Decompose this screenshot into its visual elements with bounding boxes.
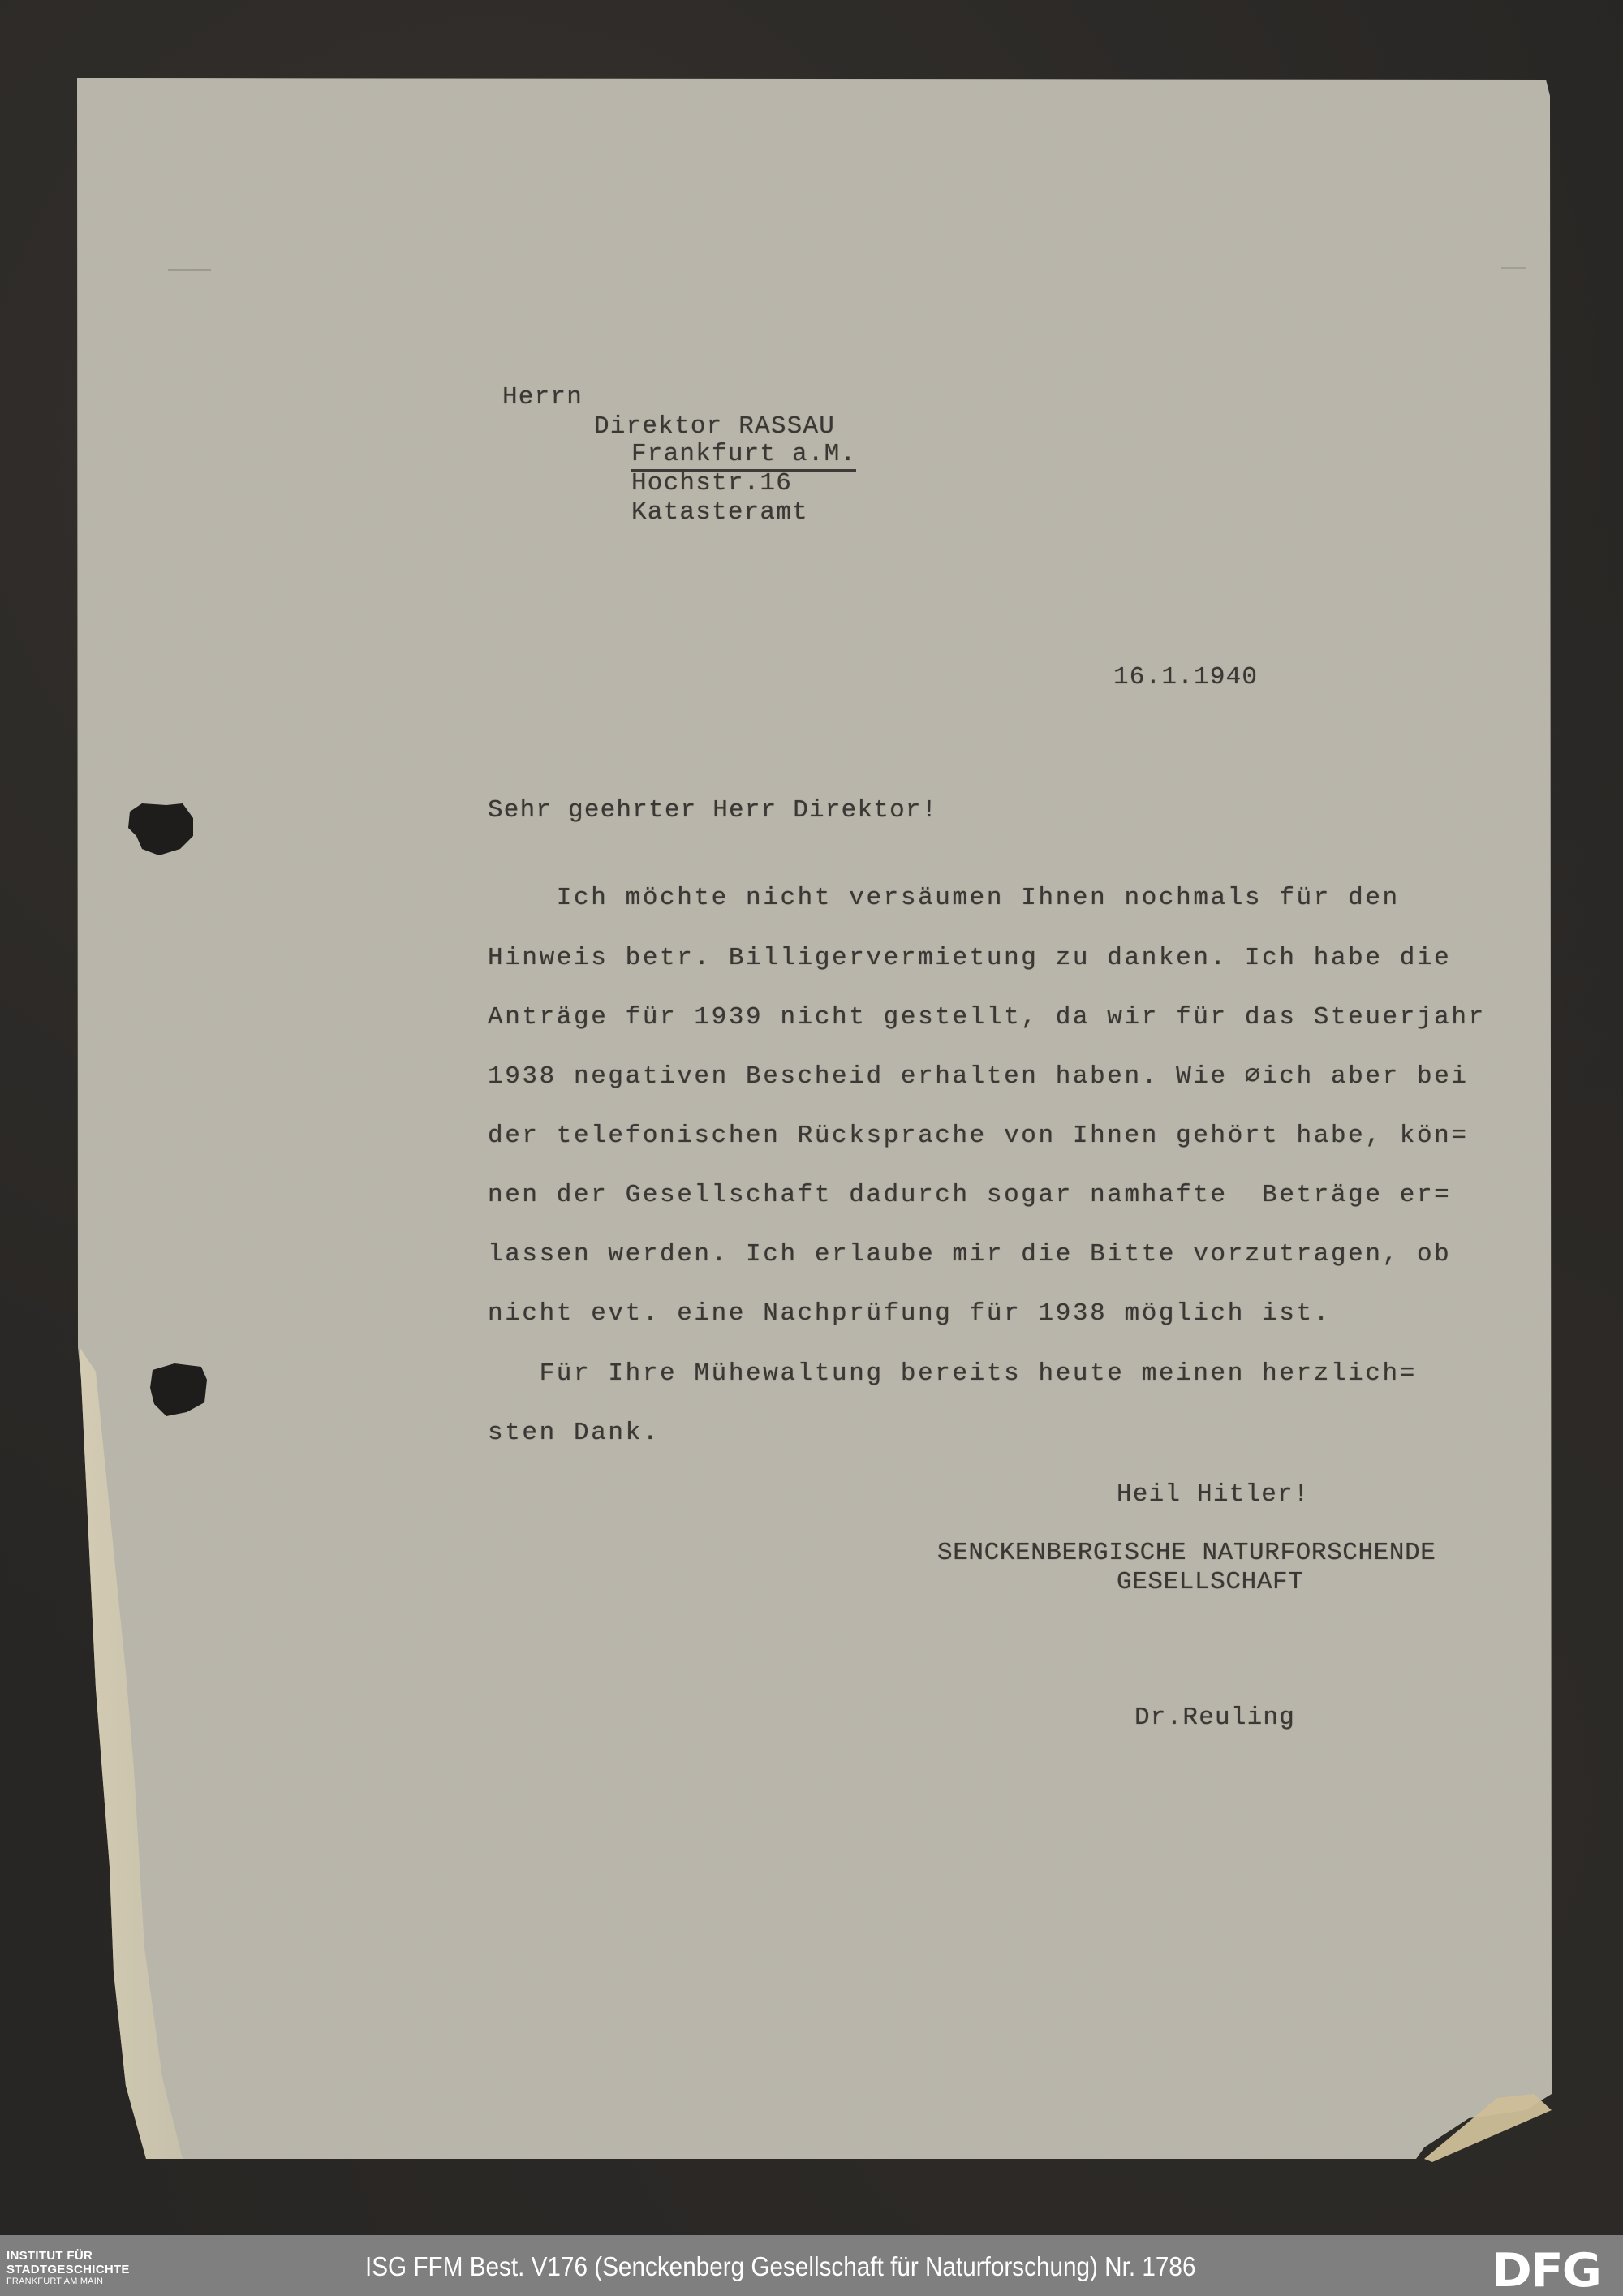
recipient-office: Katasteramt [631,500,808,525]
body-line: nicht evt. eine Nachprüfung für 1938 mög… [488,1301,1331,1326]
signature: Dr.Reuling [1134,1705,1295,1730]
body-line: Für Ihre Mühewaltung bereits heute meine… [488,1361,1417,1386]
body-line: lassen werden. Ich erlaube mir die Bitte… [488,1242,1451,1267]
archive-caption: ISG FFM Best. V176 (Senckenberg Gesellsc… [365,2251,1195,2282]
recipient-street: Hochstr.16 [631,471,792,496]
archive-footer-bar: INSTITUT FÜR STADTGESCHICHTE FRANKFURT A… [0,2235,1623,2296]
body-line: nen der Gesellschaft dadurch sogar namha… [488,1182,1451,1208]
institute-line-2: STADTGESCHICHTE [6,2264,130,2276]
closing: Heil Hitler! [1117,1482,1310,1507]
letter-sheet: Herrn Direktor RASSAU Frankfurt a.M. Hoc… [0,0,1623,2235]
body-line: der telefonischen Rücksprache von Ihnen … [488,1123,1469,1148]
recipient-city: Frankfurt a.M. [631,442,856,472]
body-line: 1938 negativen Bescheid erhalten haben. … [488,1064,1469,1089]
letter-text: Herrn Direktor RASSAU Frankfurt a.M. Hoc… [0,0,1623,2235]
body-line: Ich möchte nicht versäumen Ihnen nochmal… [488,885,1400,911]
organization-line-2: GESELLSCHAFT [1117,1570,1303,1595]
institute-line-1: INSTITUT FÜR [6,2250,130,2262]
dfg-logo: DFG [1492,2248,1600,2294]
organization-line-1: SENCKENBERGISCHE NATURFORSCHENDE [937,1540,1436,1566]
institute-logo: INSTITUT FÜR STADTGESCHICHTE FRANKFURT A… [6,2250,130,2286]
body-line: sten Dank. [488,1420,660,1445]
recipient-salutation: Herrn [502,385,583,410]
body-line: Anträge für 1939 nicht gestellt, da wir … [488,1005,1486,1030]
institute-line-3: FRANKFURT AM MAIN [6,2277,130,2286]
recipient-name: Direktor RASSAU [594,414,835,439]
greeting: Sehr geehrter Herr Direktor! [488,798,938,823]
body-line: Hinweis betr. Billigervermietung zu dank… [488,946,1451,971]
letter-date: 16.1.1940 [1113,665,1258,690]
